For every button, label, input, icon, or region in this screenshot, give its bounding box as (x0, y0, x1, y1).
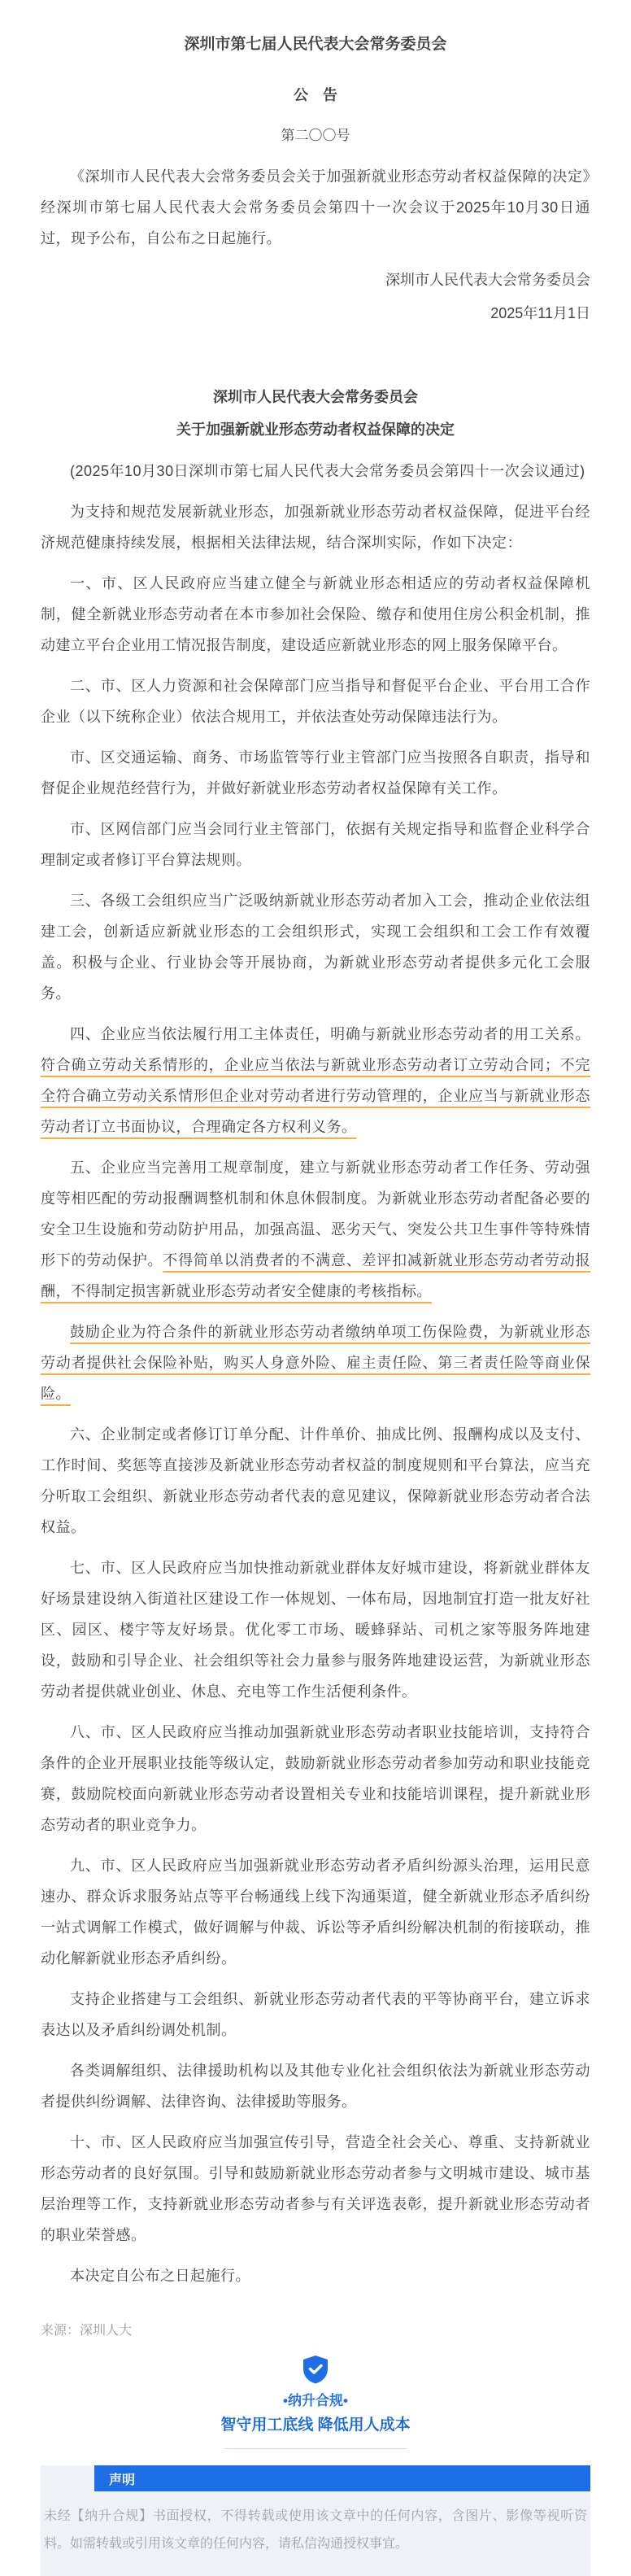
text-segment: 为支持和规范发展新就业形态，加强新就业形态劳动者权益保障，促进平台经济规范健康持… (41, 504, 590, 551)
text-segment: 四、企业应当依法履行用工主体责任，明确与新就业形态劳动者的用工关系。 (70, 1026, 590, 1042)
article-paragraph: 五、企业应当完善用工规章制度，建立与新就业形态劳动者工作任务、劳动强度等相匹配的… (41, 1152, 590, 1307)
text-segment: 十、市、区人民政府应当加强宣传引导，营造全社会关心、尊重、支持新就业形态劳动者的… (41, 2134, 590, 2243)
brand-block: •纳升合规• 智守用工底线 降低用人成本 (41, 2355, 590, 2449)
disclaimer-corner-decoration (41, 2465, 94, 2491)
article-paragraph: 七、市、区人民政府应当加快推动新就业群体友好城市建设，将新就业群体友好场景建设纳… (41, 1552, 590, 1707)
article-paragraph: 六、企业制定或者修订订单分配、计件单价、抽成比例、报酬构成以及支付、工作时间、奖… (41, 1419, 590, 1543)
text-segment: 本决定自公布之日起施行。 (70, 2268, 250, 2284)
highlighted-text-segment: 符合确立劳动关系情形的，企业应当依法与新就业形态劳动者订立劳动合同；不完全符合确… (41, 1057, 590, 1135)
disclaimer-title: 声明 (94, 2465, 590, 2491)
article-paragraph: 各类调解组织、法律援助机构以及其他专业化社会组织依法为新就业形态劳动者提供纠纷调… (41, 2055, 590, 2117)
article-page: 深圳市第七届人民代表大会常务委员会 公 告 第二〇〇号 《深圳市人民代表大会常务… (0, 0, 631, 2576)
text-segment: 市、区交通运输、商务、市场监管等行业主管部门应当按照各自职责，指导和督促企业规范… (41, 749, 590, 797)
announcement-notice-label: 公 告 (41, 80, 590, 111)
announcement-org-title: 深圳市第七届人民代表大会常务委员会 (41, 29, 590, 60)
text-segment: 三、各级工会组织应当广泛吸纳新就业形态劳动者加入工会，推动企业依法组建工会，创新… (41, 893, 590, 1002)
decision-body: (2025年10月30日深圳市第七届人民代表大会常务委员会第四十一次会议通过)为… (41, 456, 590, 2291)
announcement-doc-number: 第二〇〇号 (41, 120, 590, 151)
decision-title-line2: 关于加强新就业形态劳动者权益保障的决定 (41, 413, 590, 446)
article-paragraph: 市、区交通运输、商务、市场监管等行业主管部门应当按照各自职责，指导和督促企业规范… (41, 742, 590, 804)
article-paragraph: (2025年10月30日深圳市第七届人民代表大会常务委员会第四十一次会议通过) (41, 456, 590, 487)
text-segment: 二、市、区人力资源和社会保障部门应当指导和督促平台企业、平台用工合作企业（以下统… (41, 678, 590, 725)
article-paragraph: 本决定自公布之日起施行。 (41, 2260, 590, 2291)
decision-heading: 深圳市人民代表大会常务委员会 关于加强新就业形态劳动者权益保障的决定 (41, 381, 590, 446)
article-paragraph: 四、企业应当依法履行用工主体责任，明确与新就业形态劳动者的用工关系。符合确立劳动… (41, 1019, 590, 1142)
text-segment: (2025年10月30日深圳市第七届人民代表大会常务委员会第四十一次会议通过) (70, 463, 585, 479)
shield-check-icon (302, 2355, 329, 2384)
text-segment: 六、企业制定或者修订订单分配、计件单价、抽成比例、报酬构成以及支付、工作时间、奖… (41, 1426, 590, 1535)
disclaimer-body: 未经【纳升合规】书面授权，不得转载或使用该文章中的任何内容，含图片、影像等视听资… (41, 2491, 590, 2576)
signature-block: 深圳市人民代表大会常务委员会 2025年11月1日 (41, 264, 590, 330)
article-paragraph: 三、各级工会组织应当广泛吸纳新就业形态劳动者加入工会，推动企业依法组建工会，创新… (41, 885, 590, 1009)
brand-slogan: 智守用工底线 降低用人成本 (41, 2414, 590, 2437)
article-paragraph: 二、市、区人力资源和社会保障部门应当指导和督促平台企业、平台用工合作企业（以下统… (41, 670, 590, 732)
brand-divider (224, 2448, 407, 2449)
text-segment: 七、市、区人民政府应当加快推动新就业群体友好城市建设，将新就业群体友好场景建设纳… (41, 1560, 590, 1700)
source-label: 来源：深圳人大 (41, 2319, 590, 2343)
article-paragraph: 一、市、区人民政府应当建立健全与新就业形态相适应的劳动者权益保障机制，健全新就业… (41, 568, 590, 661)
brand-name: •纳升合规• (41, 2391, 590, 2411)
text-segment: 九、市、区人民政府应当加强新就业形态劳动者矛盾纠纷源头治理，运用民意速办、群众诉… (41, 1858, 590, 1967)
text-segment: 八、市、区人民政府应当推动加强新就业形态劳动者职业技能培训，支持符合条件的企业开… (41, 1724, 590, 1833)
disclaimer-box: 声明 未经【纳升合规】书面授权，不得转载或使用该文章中的任何内容，含图片、影像等… (41, 2465, 590, 2576)
signature-date: 2025年11月1日 (41, 297, 590, 330)
decision-title-line1: 深圳市人民代表大会常务委员会 (41, 381, 590, 413)
article-paragraph: 市、区网信部门应当会同行业主管部门，依据有关规定指导和监督企业科学合理制定或者修… (41, 814, 590, 875)
text-segment: 一、市、区人民政府应当建立健全与新就业形态相适应的劳动者权益保障机制，健全新就业… (41, 575, 590, 653)
article-paragraph: 十、市、区人民政府应当加强宣传引导，营造全社会关心、尊重、支持新就业形态劳动者的… (41, 2127, 590, 2251)
article-paragraph: 为支持和规范发展新就业形态，加强新就业形态劳动者权益保障，促进平台经济规范健康持… (41, 496, 590, 558)
announcement-text: 《深圳市人民代表大会常务委员会关于加强新就业形态劳动者权益保障的决定》经深圳市第… (41, 161, 590, 254)
article-paragraph: 八、市、区人民政府应当推动加强新就业形态劳动者职业技能培训，支持符合条件的企业开… (41, 1717, 590, 1840)
text-segment: 各类调解组织、法律援助机构以及其他专业化社会组织依法为新就业形态劳动者提供纠纷调… (41, 2063, 590, 2110)
article-paragraph: 九、市、区人民政府应当加强新就业形态劳动者矛盾纠纷源头治理，运用民意速办、群众诉… (41, 1850, 590, 1974)
disclaimer-header: 声明 (41, 2465, 590, 2491)
signature-org: 深圳市人民代表大会常务委员会 (41, 264, 590, 297)
highlighted-text-segment: 鼓励企业为符合条件的新就业形态劳动者缴纳单项工伤保险费，为新就业形态劳动者提供社… (41, 1324, 590, 1402)
text-segment: 支持企业搭建与工会组织、新就业形态劳动者代表的平等协商平台，建立诉求表达以及矛盾… (41, 1991, 590, 2038)
text-segment: 市、区网信部门应当会同行业主管部门，依据有关规定指导和监督企业科学合理制定或者修… (41, 821, 590, 868)
article-paragraph: 支持企业搭建与工会组织、新就业形态劳动者代表的平等协商平台，建立诉求表达以及矛盾… (41, 1984, 590, 2046)
article-paragraph: 鼓励企业为符合条件的新就业形态劳动者缴纳单项工伤保险费，为新就业形态劳动者提供社… (41, 1316, 590, 1409)
